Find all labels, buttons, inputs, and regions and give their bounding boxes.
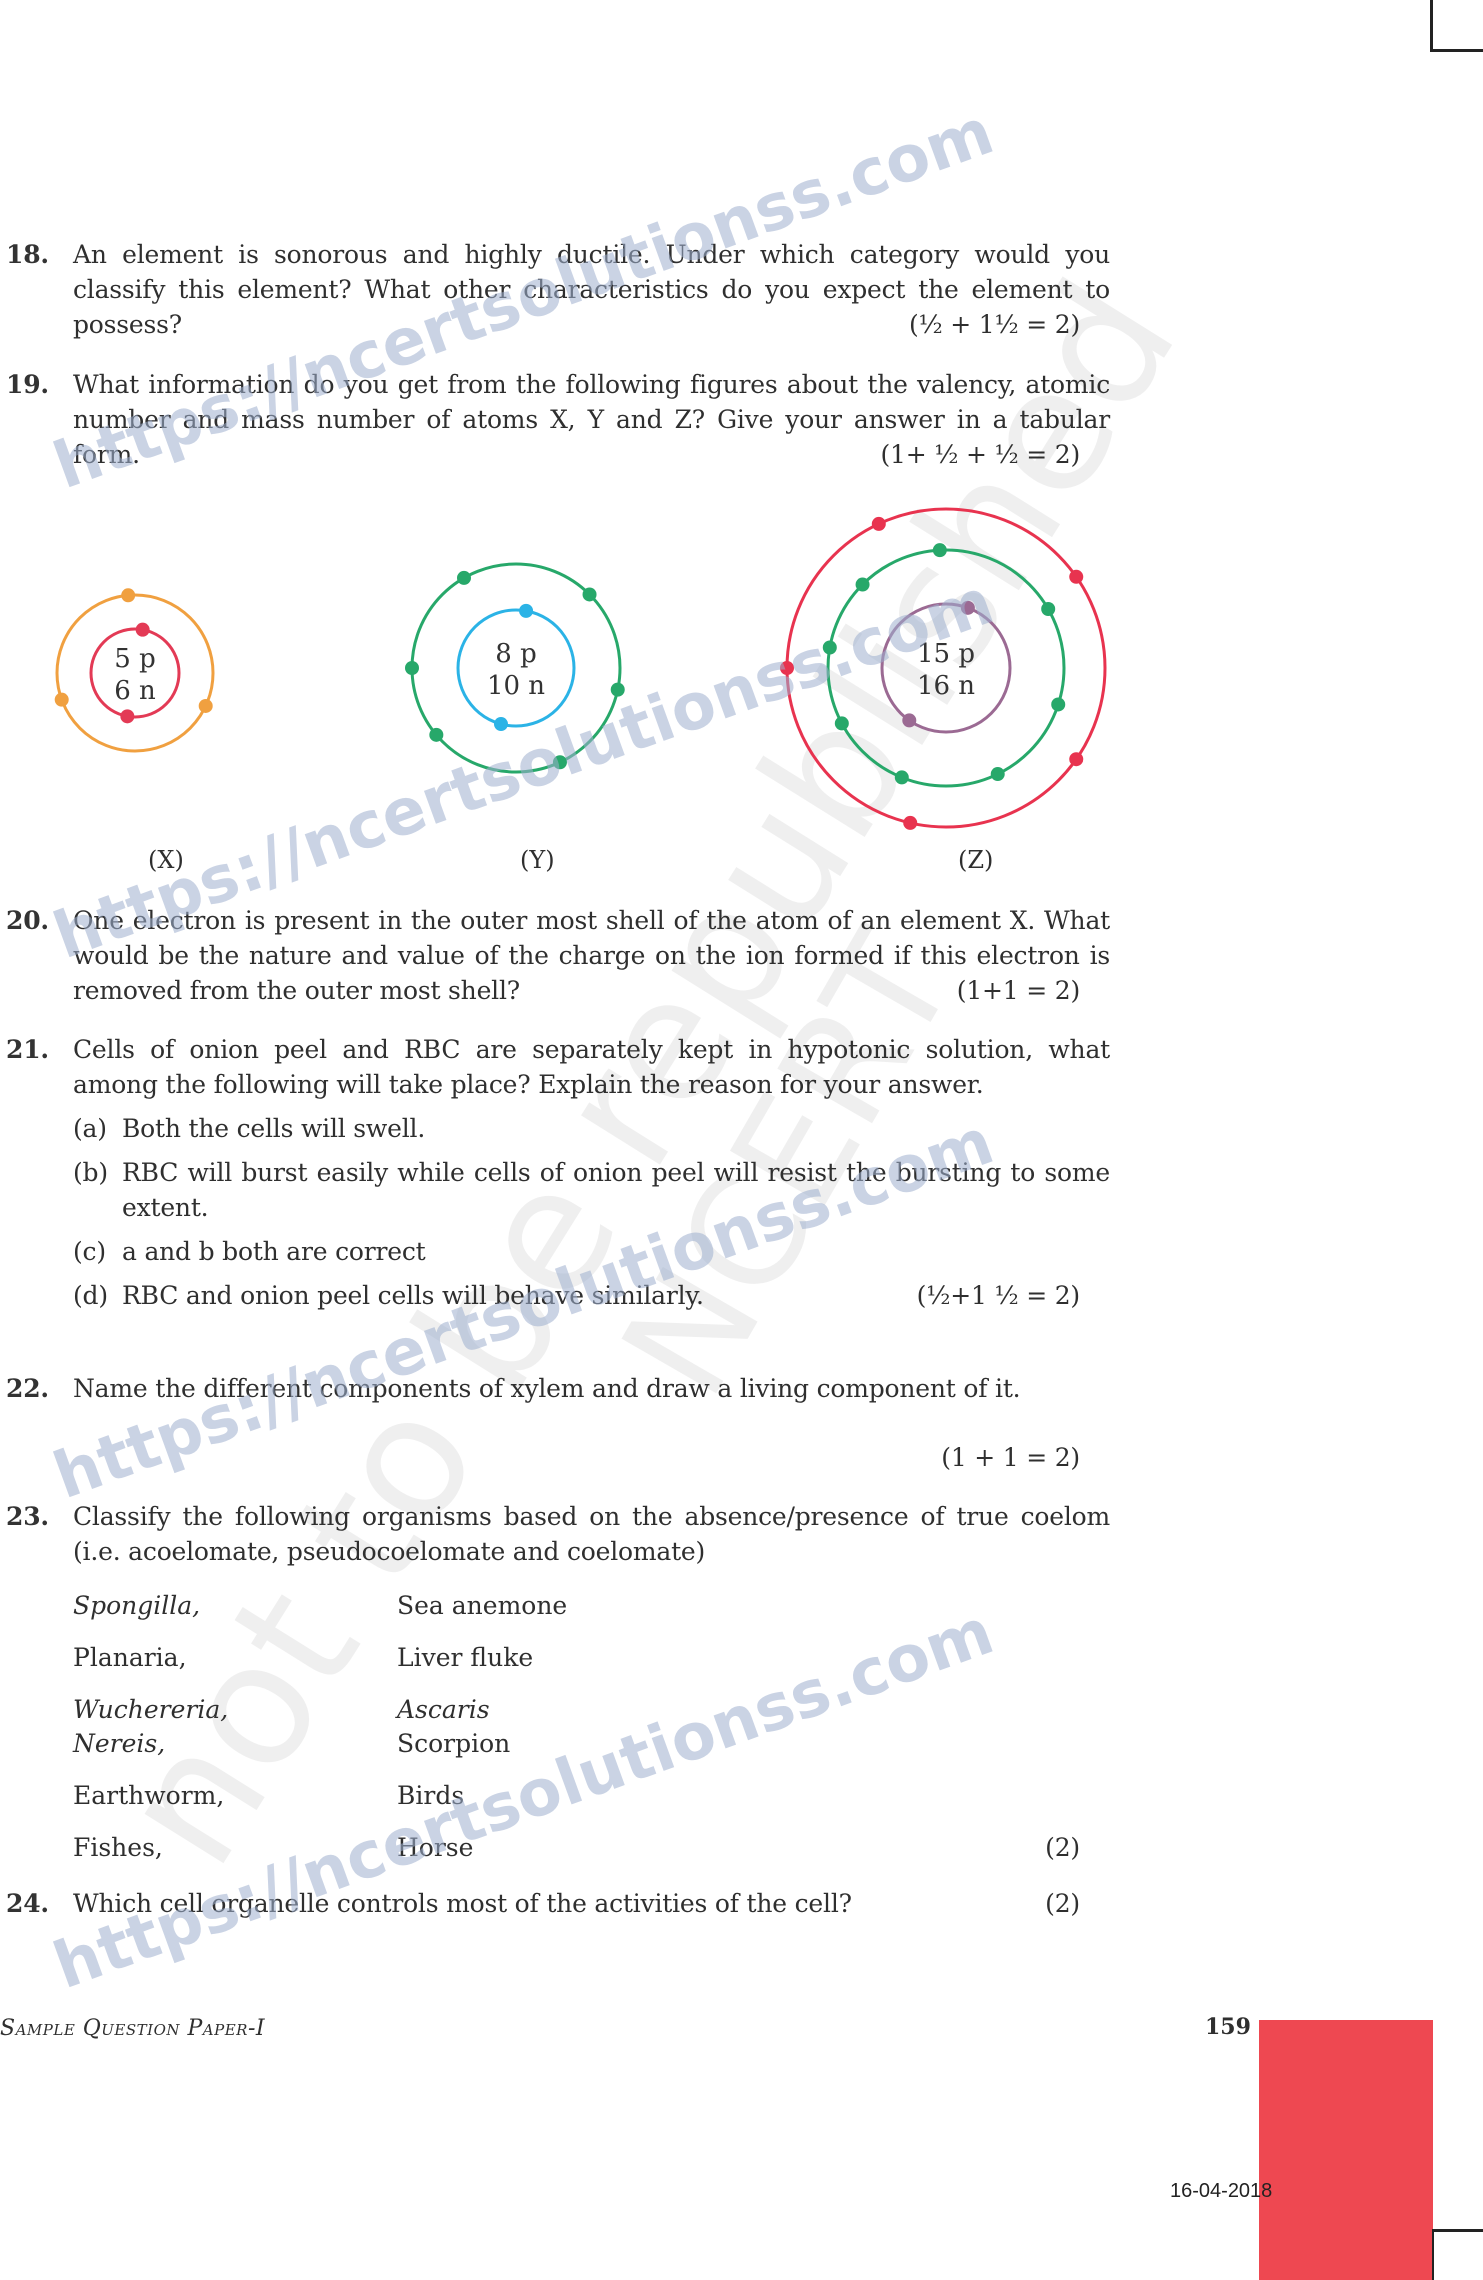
question-text: One electron is present in the outer mos… — [73, 906, 1110, 1005]
page-color-tab — [1259, 2020, 1433, 2280]
electron-dot — [1051, 697, 1065, 711]
electron-dot — [823, 641, 837, 655]
question-text: Which cell organelle controls most of th… — [73, 1889, 852, 1918]
question-23: 23. Classify the following organisms bas… — [0, 1499, 1110, 1569]
organism-name: Birds — [397, 1778, 464, 1813]
question-22: 22. Name the different components of xyl… — [0, 1371, 1110, 1475]
electron-dot — [991, 767, 1005, 781]
question-number: 18. — [6, 237, 49, 272]
electron-dot — [902, 713, 916, 727]
organism-name: Scorpion — [397, 1726, 510, 1761]
footer-title: Sample Question Paper-I — [0, 2016, 265, 2041]
electron-dot — [429, 728, 443, 742]
question-text: Classify the following organisms based o… — [73, 1499, 1110, 1569]
option-label: (d) — [73, 1278, 108, 1313]
crop-mark-bottom-vertical — [1432, 2229, 1434, 2280]
question-marks: (1+1 = 2) — [957, 973, 1080, 1008]
nucleus-neutrons: 6 n — [114, 676, 156, 706]
document-page: not to be republished NCERT 18. An eleme… — [0, 0, 1483, 2280]
atom-x-diagram: 5 p6 n — [55, 588, 213, 751]
atom-z-diagram: 15 p16 n — [780, 509, 1105, 830]
question-21: 21. Cells of onion peel and RBC are sepa… — [0, 1032, 1110, 1313]
question-24: 24. Which cell organelle controls most o… — [0, 1886, 1110, 1921]
organism-name: Planaria, — [73, 1640, 187, 1675]
question-text: Cells of onion peel and RBC are separate… — [73, 1032, 1110, 1102]
electron-dot — [120, 709, 134, 723]
electron-dot — [583, 587, 597, 601]
nucleus-protons: 15 p — [917, 639, 975, 669]
organism-name: Liver fluke — [397, 1640, 533, 1675]
organism-name: Nereis, — [73, 1726, 165, 1761]
electron-dot — [1041, 602, 1055, 616]
nucleus-neutrons: 10 n — [487, 671, 545, 701]
electron-dot — [1069, 752, 1083, 766]
electron-dot — [611, 683, 625, 697]
organism-name: Ascaris — [397, 1692, 490, 1727]
atom-y-diagram: 8 p10 n — [405, 564, 625, 772]
option-a: (a) Both the cells will swell. — [73, 1111, 1110, 1146]
crop-mark-bottom-horizontal — [1433, 2229, 1483, 2232]
organism-name: Earthworm, — [73, 1778, 224, 1813]
option-label: (b) — [73, 1155, 108, 1190]
atom-x-label: (X) — [148, 846, 184, 874]
electron-dot — [903, 816, 917, 830]
electron-dot — [199, 699, 213, 713]
option-d: (d) RBC and onion peel cells will behave… — [73, 1278, 1110, 1313]
question-19: 19. What information do you get from the… — [0, 367, 1110, 472]
nucleus-protons: 5 p — [114, 644, 155, 674]
question-18: 18. An element is sonorous and highly du… — [0, 237, 1110, 342]
crop-mark-top-horizontal — [1430, 49, 1483, 52]
organism-name: Sea anemone — [397, 1588, 567, 1623]
question-marks: (½+1 ½ = 2) — [917, 1278, 1080, 1313]
option-label: (a) — [73, 1111, 107, 1146]
electron-dot — [961, 601, 975, 615]
question-marks: (½ + 1½ = 2) — [909, 307, 1080, 342]
question-marks: (2) — [1045, 1886, 1080, 1921]
electron-dot — [856, 578, 870, 592]
electron-dot — [55, 693, 69, 707]
option-text: RBC and onion peel cells will behave sim… — [122, 1281, 704, 1310]
option-label: (c) — [73, 1234, 106, 1269]
question-number: 24. — [6, 1886, 49, 1921]
question-number: 22. — [6, 1371, 49, 1406]
question-marks: (1+ ½ + ½ = 2) — [880, 437, 1080, 472]
electron-dot — [895, 770, 909, 784]
option-text: Both the cells will swell. — [122, 1114, 425, 1143]
nucleus-protons: 8 p — [495, 639, 536, 669]
print-date: 16-04-2018 — [1170, 2180, 1272, 2203]
question-20: 20. One electron is present in the outer… — [0, 903, 1110, 1008]
question-number: 23. — [6, 1499, 49, 1534]
electron-dot — [405, 661, 419, 675]
electron-dot — [136, 623, 150, 637]
option-text: RBC will burst easily while cells of oni… — [122, 1158, 1110, 1222]
atom-z-label: (Z) — [958, 846, 993, 874]
nucleus-neutrons: 16 n — [917, 671, 975, 701]
electron-dot — [494, 717, 508, 731]
electron-dot — [1069, 570, 1083, 584]
atom-y-label: (Y) — [520, 846, 555, 874]
question-23-marks-row: (2) — [0, 1830, 1110, 1865]
organism-name: Wuchereria, — [73, 1692, 228, 1727]
atom-diagrams-figure: 5 p6 n8 p10 n15 p16 n — [0, 500, 1483, 880]
electron-dot — [872, 517, 886, 531]
electron-dot — [121, 588, 135, 602]
electron-dot — [519, 604, 533, 618]
question-marks: (1 + 1 = 2) — [941, 1440, 1080, 1475]
organism-name: Spongilla, — [73, 1588, 200, 1623]
option-b: (b) RBC will burst easily while cells of… — [73, 1155, 1110, 1225]
electron-dot — [780, 661, 794, 675]
question-number: 20. — [6, 903, 49, 938]
question-number: 19. — [6, 367, 49, 402]
question-number: 21. — [6, 1032, 49, 1067]
crop-mark-top-vertical — [1430, 0, 1433, 51]
option-text: a and b both are correct — [122, 1237, 426, 1266]
option-c: (c) a and b both are correct — [73, 1234, 1110, 1269]
question-marks: (2) — [1045, 1830, 1080, 1865]
page-number: 159 — [1205, 2014, 1251, 2040]
electron-dot — [933, 543, 947, 557]
electron-dot — [457, 571, 471, 585]
question-text: Name the different components of xylem a… — [73, 1371, 1110, 1406]
electron-dot — [835, 716, 849, 730]
electron-dot — [553, 755, 567, 769]
